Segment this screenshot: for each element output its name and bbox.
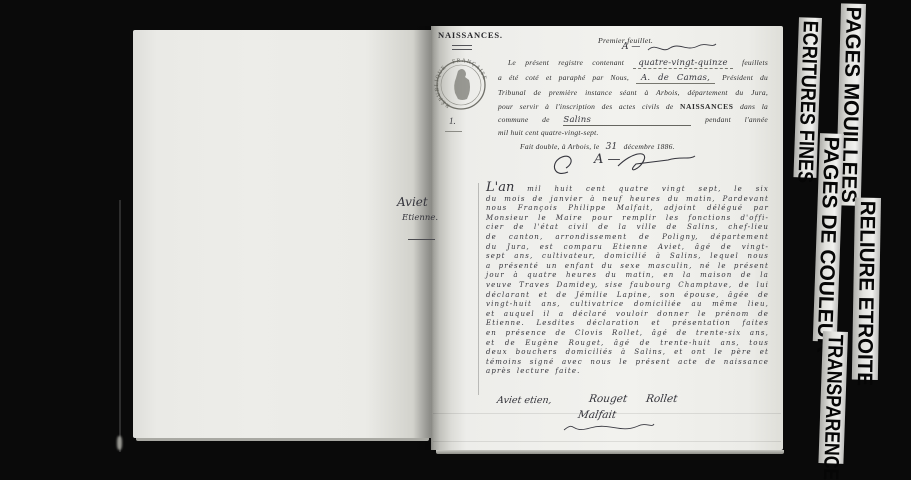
- act-line: veuve Traves Damidey, sise faubourg Cham…: [486, 281, 769, 291]
- cover-line-5: commune de Salins pendant l'année: [498, 115, 768, 126]
- act-line: cier de l'état civil de la ville de Sali…: [486, 223, 769, 233]
- printed-text: feuillets: [742, 58, 768, 67]
- folio-number-rule: [445, 131, 462, 132]
- register-section-title: NAISSANCES.: [438, 30, 503, 40]
- act-opening-initial: L'an: [486, 180, 514, 195]
- act-line: en présence de Clovis Rollet, âgé de tre…: [486, 329, 769, 339]
- header-ornament: [452, 45, 472, 50]
- condition-label-transparence: TRANSPARENCE: [818, 331, 848, 464]
- act-line: nous François Philippe Malfait, adjoint …: [486, 204, 769, 214]
- book-cover-corner-glint: [117, 436, 122, 450]
- act-line: vingt-huit ans, cultivatrice domiciliée …: [486, 300, 769, 310]
- cover-line-6: mil huit cent quatre-vingt-sept.: [498, 128, 768, 137]
- republique-francaise-stamp: RÉPUBLIQUE FRANÇAISE: [433, 57, 489, 113]
- act-text: mil huit cent quatre vingt sept, le six: [527, 185, 769, 193]
- handwritten-president-name: A. de Camas,: [636, 73, 715, 84]
- stamp-figure: [454, 69, 470, 100]
- printed-text: Président du: [722, 73, 768, 82]
- act-line: deux bouchers domiciliés à Salins, et on…: [486, 348, 769, 358]
- cover-line-4: pour servir à l'inscription des actes ci…: [498, 102, 768, 111]
- page-crease: [433, 441, 781, 442]
- book-cover-edge: [119, 200, 121, 452]
- act-line: de canton, arrondissement de Poligny, dé…: [486, 233, 769, 243]
- left-page-bottom-edge: [136, 438, 429, 441]
- printed-text: dans la: [740, 102, 768, 111]
- act-line: après lecture faite.: [486, 367, 769, 377]
- signature-flourish: [560, 416, 656, 436]
- signature-witness-2: Rollet: [645, 393, 678, 405]
- act-line: jour à quatre heures du matin, en la mai…: [486, 271, 769, 281]
- act-line: et de Eugène Rouget, âgé de trente-huit …: [486, 339, 769, 349]
- margin-note-surname: Aviet: [397, 195, 428, 209]
- scanned-register-photo: NAISSANCES. RÉPUBLIQUE FRANÇAISE 1. Prem…: [0, 0, 911, 480]
- act-line: Etienne. Lesdites déclaration et présent…: [486, 319, 769, 329]
- act-line: et auquel il a déclaré vouloir donner le…: [486, 310, 769, 320]
- printed-text: commune de: [498, 115, 550, 124]
- condition-label-pages-de-couleur: PAGES DE COULEUR: [813, 133, 844, 342]
- birth-act-body: L'an mil huit cent quatre vingt sept, le…: [486, 183, 769, 377]
- cover-line-2: a été coté et paraphé par Nous, A. de Ca…: [498, 73, 768, 83]
- act-line: sept ans, cultivateur, domicilié à Salin…: [486, 252, 769, 262]
- signature-father: Aviet etien,: [496, 395, 552, 406]
- printed-text: Le présent registre contenant: [508, 58, 624, 67]
- cover-line-3: Tribunal de première instance séant à Ar…: [498, 88, 768, 97]
- handwritten-folio-count: quatre-vingt-quinze: [633, 58, 732, 69]
- right-page-bottom-edge: [436, 450, 784, 454]
- condition-label-reliure-etroite: RELIURE ETROITE: [852, 198, 881, 380]
- act-line: L'an mil huit cent quatre vingt sept, le…: [486, 183, 769, 195]
- act-line: a présenté un enfant du sexe masculin, n…: [486, 262, 769, 272]
- condition-label-ecritures-fines: ECRITURES FINES: [793, 17, 822, 178]
- act-line: témoins signé avec nous le présent acte …: [486, 358, 769, 368]
- margin-note-firstname: Etienne.: [402, 213, 438, 223]
- handwritten-commune: Salins: [563, 115, 591, 125]
- president-paraph-small: A —: [622, 42, 640, 52]
- blank-left-page: [133, 30, 431, 438]
- printed-text: pour servir à l'inscription des actes ci…: [498, 102, 673, 111]
- act-line: Monsieur le Maire pour remplir les fonct…: [486, 214, 769, 224]
- act-line: déclarant et de Jémilie Lapine, son épou…: [486, 291, 769, 301]
- act-line: du mois de janvier à neuf heures du mati…: [486, 195, 769, 205]
- folio-number: 1.: [449, 116, 456, 126]
- act-line: du Jura, est comparu Etienne Aviet, âgé …: [486, 243, 769, 253]
- paraph-flourish: [646, 40, 718, 56]
- margin-note-dash: [408, 239, 435, 240]
- signature-witness-1: Rouget: [588, 393, 628, 405]
- cover-line-1: Le présent registre contenant quatre-vin…: [508, 58, 768, 68]
- printed-text: pendant l'année: [705, 115, 768, 124]
- acts-type-label: NAISSANCES: [680, 102, 734, 111]
- paraph-flourish-large: [548, 148, 698, 186]
- act-margin-rule: [478, 183, 479, 395]
- printed-text: a été coté et paraphé par Nous,: [498, 73, 629, 82]
